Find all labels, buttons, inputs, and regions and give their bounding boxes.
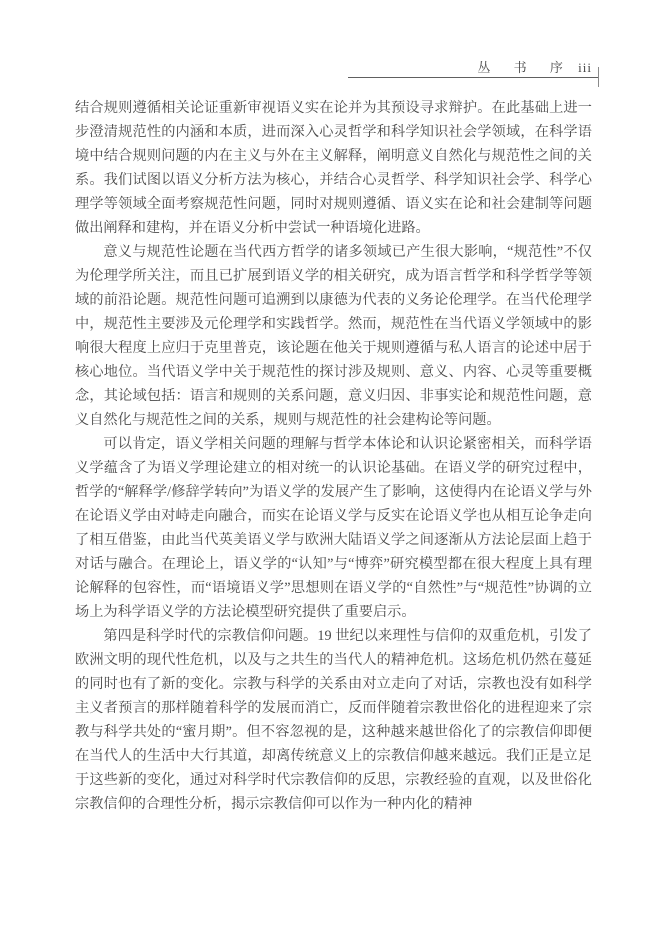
book-page: 丛 书 序 iii 结合规则遵循相关论证重新审视语义实在论并为其预设寻求辩护。在… [0, 0, 661, 925]
body-paragraph: 意义与规范性论题在当代西方哲学的诸多领域已产生很大影响，“规范性”不仅为伦理学所… [75, 240, 592, 432]
header-rule [348, 77, 598, 78]
page-body-text: 结合规则遵循相关论证重新审视语义实在论并为其预设寻求辩护。在此基础上进一步澄清规… [75, 96, 592, 816]
header-rule-tick [598, 67, 599, 87]
page-number: iii [578, 60, 592, 75]
series-preface-title: 丛 书 序 [477, 60, 573, 75]
body-paragraph: 可以肯定，语义学相关问题的理解与哲学本体论和认识论紧密相关，而科学语义学蕴含了为… [75, 432, 592, 624]
page-header: 丛 书 序 iii [75, 60, 592, 76]
body-paragraph: 结合规则遵循相关论证重新审视语义实在论并为其预设寻求辩护。在此基础上进一步澄清规… [75, 96, 592, 240]
body-paragraph: 第四是科学时代的宗教信仰问题。19 世纪以来理性与信仰的双重危机，引发了欧洲文明… [75, 624, 592, 816]
